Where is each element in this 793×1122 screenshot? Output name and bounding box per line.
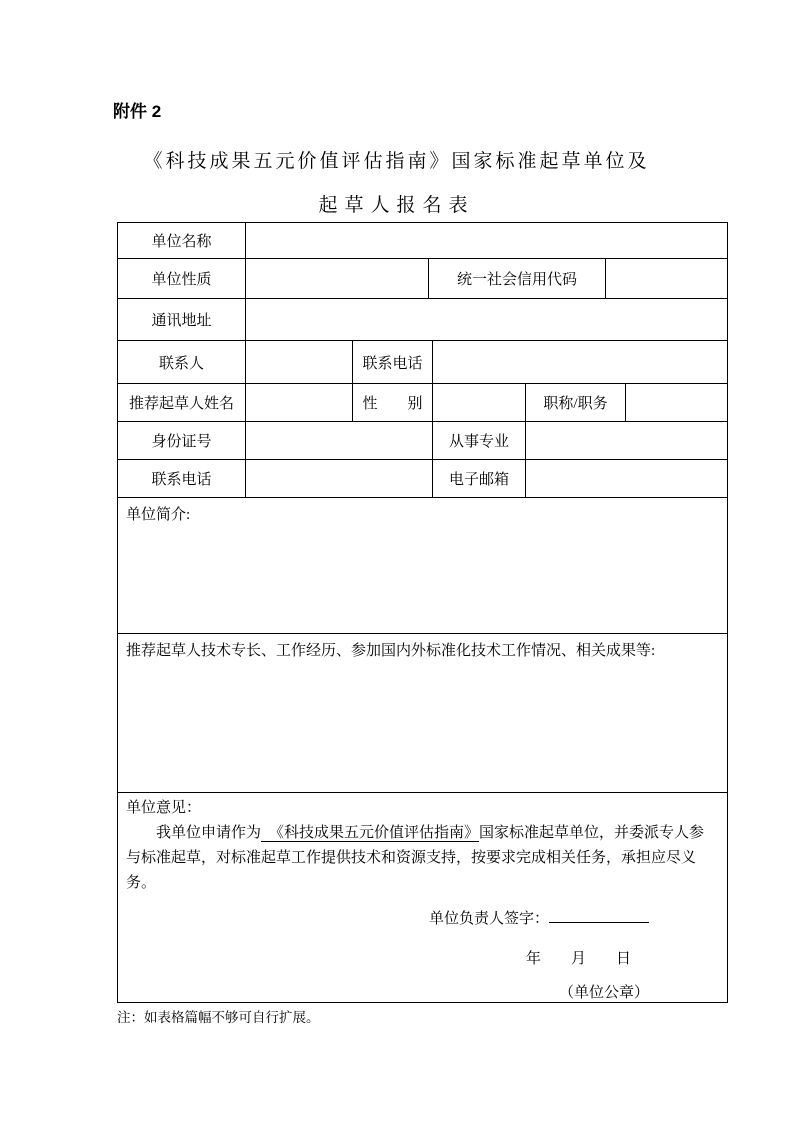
drafter-info-cell[interactable]: 推荐起草人技术专长、工作经历、参加国内外标准化技术工作情况、相关成果等: xyxy=(118,634,728,793)
credit-code-input-cell[interactable] xyxy=(606,259,728,299)
attachment-label: 附件 2 xyxy=(113,97,161,122)
title-position-label: 职称/职务 xyxy=(526,384,626,422)
unit-intro-cell[interactable]: 单位简介: xyxy=(118,498,728,634)
signature-blank-line[interactable] xyxy=(549,907,649,923)
document-title-line2: 起草人报名表 xyxy=(0,190,793,217)
row-unit-intro: 单位简介: xyxy=(118,498,728,634)
row-drafter: 推荐起草人姓名 性 别 职称/职务 xyxy=(118,384,728,422)
contact-person-input-cell[interactable] xyxy=(246,341,353,384)
gender-input-cell[interactable] xyxy=(433,384,526,422)
phone-label: 联系电话 xyxy=(118,460,246,498)
email-label: 电子邮箱 xyxy=(433,460,526,498)
row-id-number: 身份证号 从事专业 xyxy=(118,422,728,460)
document-title-line1: 《科技成果五元价值评估指南》国家标准起草单位及 xyxy=(0,146,793,173)
drafter-info-label: 推荐起草人技术专长、工作经历、参加国内外标准化技术工作情况、相关成果等: xyxy=(126,643,655,659)
unit-nature-input-cell[interactable] xyxy=(246,259,429,299)
contact-person-label: 联系人 xyxy=(118,341,246,384)
signature-label: 单位负责人签字： xyxy=(429,911,549,927)
unit-name-label: 单位名称 xyxy=(118,223,246,259)
row-drafter-info: 推荐起草人技术专长、工作经历、参加国内外标准化技术工作情况、相关成果等: xyxy=(118,634,728,793)
row-contact: 联系人 联系电话 xyxy=(118,341,728,384)
unit-nature-label: 单位性质 xyxy=(118,259,246,299)
phone-input-cell[interactable] xyxy=(246,460,433,498)
gender-label: 性 别 xyxy=(353,384,433,422)
row-address: 通讯地址 xyxy=(118,299,728,341)
date-row: 年 月 日 xyxy=(126,949,631,969)
drafter-name-input-cell[interactable] xyxy=(246,384,353,422)
unit-intro-label: 单位简介: xyxy=(126,507,190,523)
title-position-input-cell[interactable] xyxy=(626,384,728,422)
row-unit-name: 单位名称 xyxy=(118,223,728,259)
address-input-cell[interactable] xyxy=(246,299,728,341)
unit-name-input-cell[interactable] xyxy=(246,223,728,259)
footnote: 注：如表格篇幅不够可自行扩展。 xyxy=(117,1006,320,1026)
document-page: 附件 2 《科技成果五元价值评估指南》国家标准起草单位及 起草人报名表 单位名称… xyxy=(0,0,793,1122)
drafter-name-label: 推荐起草人姓名 xyxy=(118,384,246,422)
signature-row: 单位负责人签字： xyxy=(126,907,649,929)
row-unit-opinion: 单位意见： 我单位申请作为《科技成果五元价值评估指南》国家标准起草单位，并委派专… xyxy=(118,793,728,1003)
seal-row: （单位公章） xyxy=(126,983,649,1003)
unit-opinion-statement: 我单位申请作为《科技成果五元价值评估指南》国家标准起草单位，并委派专人参与标准起… xyxy=(126,821,719,896)
registration-form-table: 单位名称 单位性质 统一社会信用代码 通讯地址 联系人 联系电话 推荐起草人姓名… xyxy=(117,222,728,1003)
email-input-cell[interactable] xyxy=(526,460,728,498)
unit-opinion-label: 单位意见： xyxy=(126,799,719,818)
id-number-input-cell[interactable] xyxy=(246,422,433,460)
credit-code-label: 统一社会信用代码 xyxy=(429,259,606,299)
contact-phone-label: 联系电话 xyxy=(353,341,433,384)
row-unit-nature: 单位性质 统一社会信用代码 xyxy=(118,259,728,299)
address-label: 通讯地址 xyxy=(118,299,246,341)
statement-prefix: 我单位申请作为 xyxy=(156,825,261,841)
row-phone-email: 联系电话 电子邮箱 xyxy=(118,460,728,498)
profession-label: 从事专业 xyxy=(433,422,526,460)
unit-opinion-cell[interactable]: 单位意见： 我单位申请作为《科技成果五元价值评估指南》国家标准起草单位，并委派专… xyxy=(118,793,728,1003)
contact-phone-input-cell[interactable] xyxy=(433,341,728,384)
id-number-label: 身份证号 xyxy=(118,422,246,460)
profession-input-cell[interactable] xyxy=(526,422,728,460)
statement-underlined-standard-name: 《科技成果五元价值评估指南》 xyxy=(261,825,479,842)
